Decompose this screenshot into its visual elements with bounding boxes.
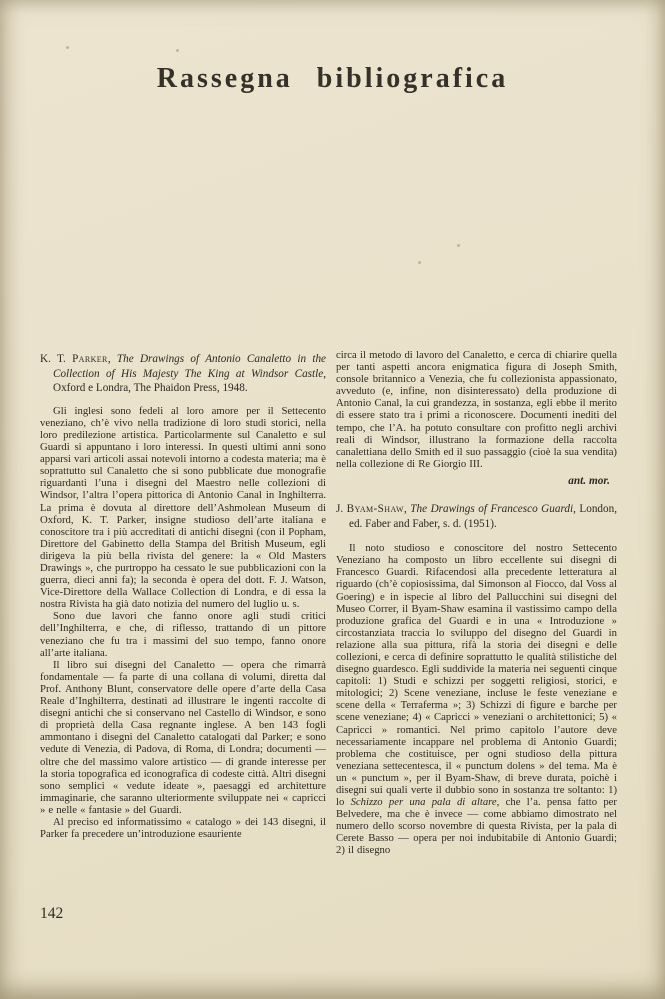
- text-segment: The Drawings of Francesco Guardi: [410, 503, 573, 515]
- text-segment: Gli inglesi sono fedeli al loro amore pe…: [40, 405, 326, 611]
- reviewer-signature: ant. mor.: [336, 475, 610, 487]
- body-paragraph: circa il metodo di lavoro del Canaletto,…: [336, 349, 617, 470]
- body-paragraph: Il libro sui disegni del Canaletto — ope…: [40, 659, 326, 816]
- scanned-journal-page: Rassegna bibliografica K. T. Parker, The…: [0, 0, 665, 999]
- paper-speck: [418, 261, 421, 264]
- review-body-parker: Gli inglesi sono fedeli al loro amore pe…: [40, 405, 326, 840]
- paper-speck: [457, 244, 460, 247]
- review-body-parker-continuation: circa il metodo di lavoro del Canaletto,…: [336, 349, 617, 470]
- body-paragraph: Al preciso ed informatissimo « catalogo …: [40, 816, 326, 840]
- page-number: 142: [40, 905, 63, 923]
- paper-speck: [176, 49, 179, 52]
- review-heading-parker: K. T. Parker, The Drawings of Antonio Ca…: [40, 352, 326, 396]
- body-paragraph: Gli inglesi sono fedeli al loro amore pe…: [40, 405, 326, 611]
- body-paragraph: Il noto studioso e conoscitore del nostr…: [336, 542, 617, 856]
- text-segment: Al preciso ed informatissimo « catalogo …: [40, 816, 326, 840]
- body-paragraph: Sono due lavori che fanno onore agli stu…: [40, 610, 326, 658]
- text-segment: ,: [108, 353, 117, 365]
- text-segment: Byam-Shaw: [347, 503, 404, 515]
- text-segment: K. T.: [40, 353, 72, 365]
- text-segment: Sono due lavori che fanno onore agli stu…: [40, 610, 326, 658]
- page-title: Rassegna bibliografica: [0, 63, 665, 95]
- review-body-byam-shaw: Il noto studioso e conoscitore del nostr…: [336, 542, 617, 856]
- text-segment: Parker: [72, 353, 108, 365]
- text-segment: Il noto studioso e conoscitore del nostr…: [336, 542, 617, 808]
- text-segment: J.: [336, 503, 347, 515]
- text-segment: circa il metodo di lavoro del Canaletto,…: [336, 349, 617, 470]
- text-segment: Il libro sui disegni del Canaletto — ope…: [40, 659, 326, 816]
- right-column: circa il metodo di lavoro del Canaletto,…: [336, 349, 617, 857]
- paper-speck: [66, 46, 69, 49]
- text-segment: Schizzo per una pala di altare: [351, 796, 497, 808]
- left-column: K. T. Parker, The Drawings of Antonio Ca…: [40, 352, 326, 840]
- review-heading-byam-shaw: J. Byam-Shaw, The Drawings of Francesco …: [336, 502, 617, 531]
